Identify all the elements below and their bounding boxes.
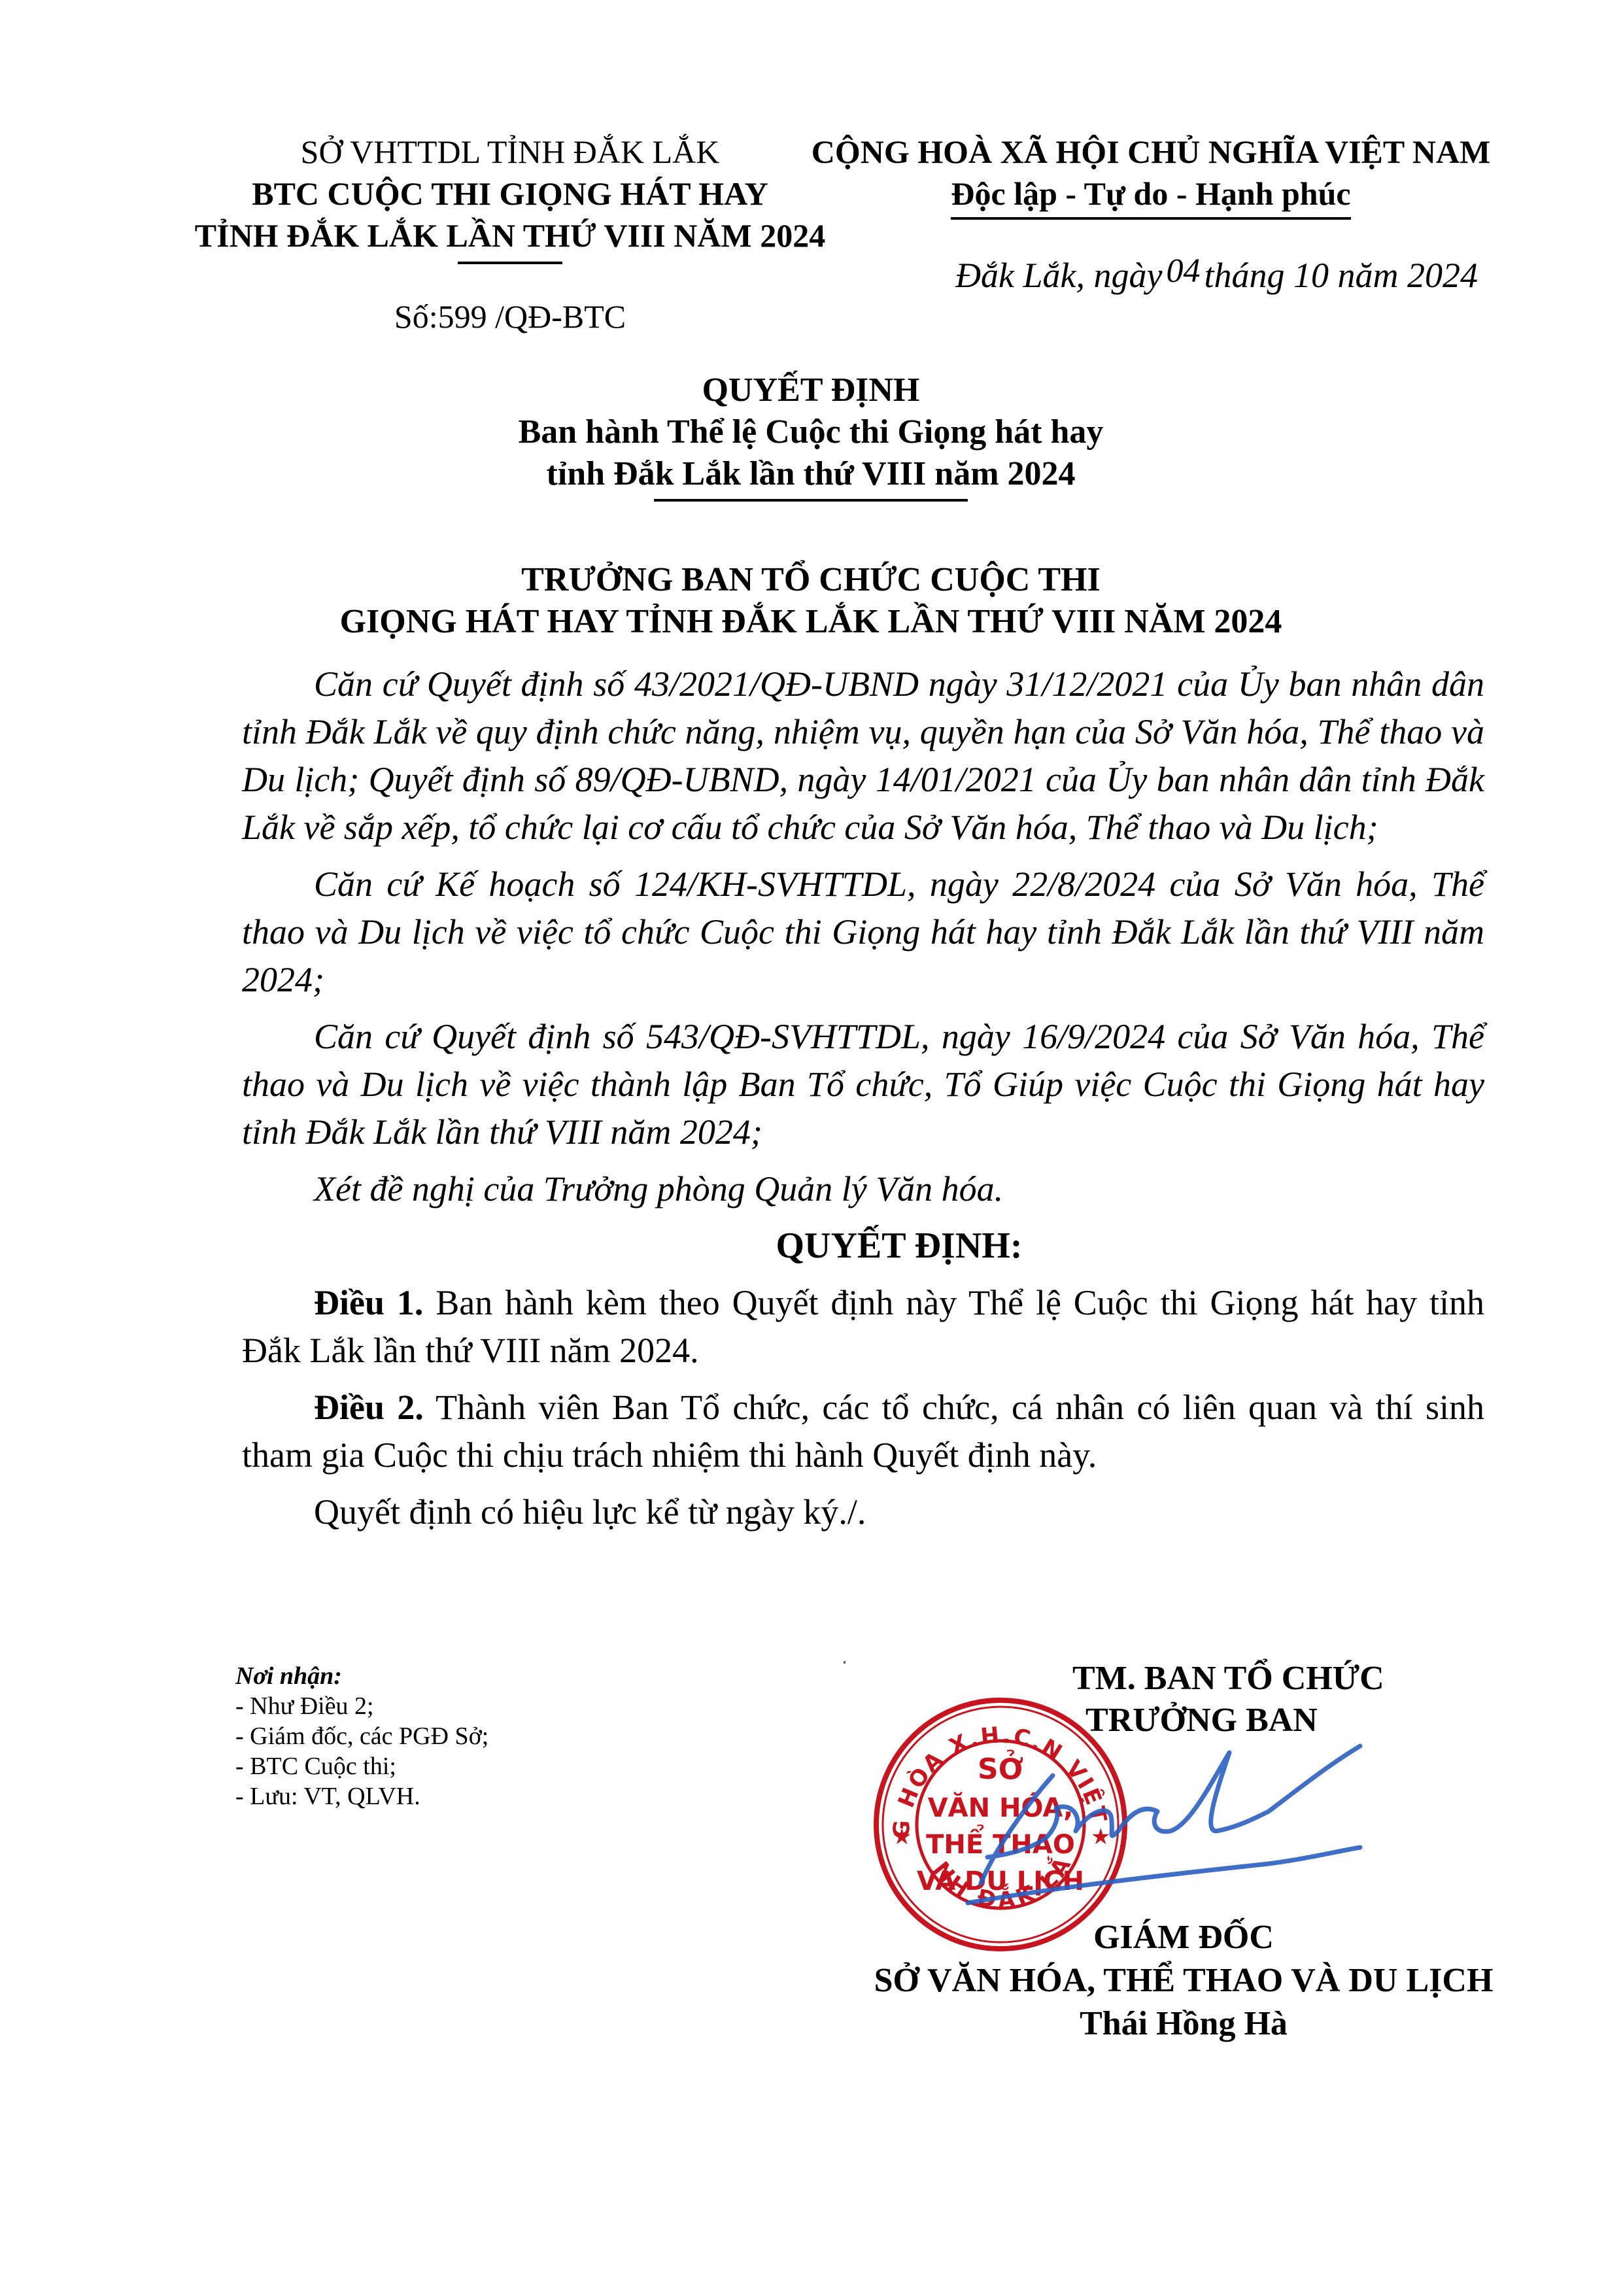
signer-on-behalf: TM. BAN TỔ CHỨC xyxy=(1072,1658,1517,1700)
recipients-heading: Nơi nhận: xyxy=(235,1661,693,1691)
signer-details: GIÁM ĐỐC SỞ VĂN HÓA, THỂ THAO VÀ DU LỊCH… xyxy=(850,1916,1517,2046)
document-title-block: QUYẾT ĐỊNH Ban hành Thể lệ Cuộc thi Giọn… xyxy=(196,369,1426,502)
article-text: Thành viên Ban Tổ chức, các tổ chức, cá … xyxy=(242,1388,1484,1475)
handwritten-signature-icon xyxy=(942,1739,1412,1910)
svg-text:★: ★ xyxy=(892,1824,912,1850)
committee-name: BTC CUỘC THI GIỌNG HÁT HAY xyxy=(163,173,857,214)
article-text: Ban hành kèm theo Quyết định này Thể lệ … xyxy=(242,1283,1484,1370)
legal-basis-3: Căn cứ Quyết định số 543/QĐ-SVHTTDL, ngà… xyxy=(242,1013,1484,1156)
decision-heading: QUYẾT ĐỊNH: xyxy=(242,1222,1484,1270)
signer-role: TRƯỞNG BAN xyxy=(1085,1700,1517,1741)
national-header: CỘNG HOÀ XÃ HỘI CHỦ NGHĨA VIỆT NAM Độc l… xyxy=(798,131,1504,220)
divider xyxy=(654,499,968,502)
recipients-list: Nơi nhận: - Như Điều 2; - Giám đốc, các … xyxy=(235,1661,693,1811)
committee-name-line2: TỈNH ĐẮK LẮK LẦN THỨ VIII NĂM 2024 xyxy=(163,214,857,256)
issuing-authority: TRƯỞNG BAN TỔ CHỨC CUỘC THI GIỌNG HÁT HA… xyxy=(196,559,1426,643)
recipient-item: - Lưu: VT, QLVH. xyxy=(235,1781,693,1811)
scan-speck xyxy=(844,1661,846,1664)
date-month-year: tháng 10 năm 2024 xyxy=(1204,256,1478,295)
document-body: Căn cứ Quyết định số 43/2021/QĐ-UBND ngà… xyxy=(242,660,1484,1545)
place-prefix: Đắk Lắk, ngày xyxy=(955,256,1162,295)
recipient-item: - BTC Cuộc thi; xyxy=(235,1751,693,1781)
proposal-clause: Xét đề nghị của Trưởng phòng Quản lý Văn… xyxy=(242,1165,1484,1213)
issuing-agency-block: SỞ VHTTDL TỈNH ĐẮK LẮK BTC CUỘC THI GIỌN… xyxy=(163,131,857,264)
article-1: Điều 1. Ban hành kèm theo Quyết định này… xyxy=(242,1279,1484,1375)
article-label: Điều 2. xyxy=(314,1388,424,1427)
legal-basis-2: Căn cứ Kế hoạch số 124/KH-SVHTTDL, ngày … xyxy=(242,861,1484,1004)
signer-organization: SỞ VĂN HÓA, THỂ THAO VÀ DU LỊCH xyxy=(850,1959,1517,2002)
signer-name: Thái Hồng Hà xyxy=(850,2002,1517,2046)
divider xyxy=(458,262,562,264)
national-motto: Độc lập - Tự do - Hạnh phúc xyxy=(951,173,1350,220)
document-title: QUYẾT ĐỊNH xyxy=(196,369,1426,411)
national-title: CỘNG HOÀ XÃ HỘI CHỦ NGHĨA VIỆT NAM xyxy=(798,131,1504,173)
date-day: 04 xyxy=(1163,252,1204,290)
recipient-item: - Như Điều 2; xyxy=(235,1691,693,1721)
issuer-line2: GIỌNG HÁT HAY TỈNH ĐẮK LẮK LẦN THỨ VIII … xyxy=(196,601,1426,643)
document-number: Số:599 /QĐ-BTC xyxy=(163,298,857,335)
signer-position: GIÁM ĐỐC xyxy=(850,1916,1517,1959)
document-subtitle: Ban hành Thể lệ Cuộc thi Giọng hát hay xyxy=(196,411,1426,453)
agency-name: SỞ VHTTDL TỈNH ĐẮK LẮK xyxy=(163,131,857,173)
recipient-item: - Giám đốc, các PGĐ Sở; xyxy=(235,1721,693,1751)
article-label: Điều 1. xyxy=(314,1283,423,1322)
place-and-date: Đắk Lắk, ngày04tháng 10 năm 2024 xyxy=(863,255,1478,296)
document-subtitle-line2: tỉnh Đắk Lắk lần thứ VIII năm 2024 xyxy=(196,453,1426,495)
effective-clause: Quyết định có hiệu lực kể từ ngày ký./. xyxy=(242,1488,1484,1536)
legal-basis-1: Căn cứ Quyết định số 43/2021/QĐ-UBND ngà… xyxy=(242,660,1484,851)
issuer-line1: TRƯỞNG BAN TỔ CHỨC CUỘC THI xyxy=(196,559,1426,601)
article-2: Điều 2. Thành viên Ban Tổ chức, các tổ c… xyxy=(242,1384,1484,1479)
